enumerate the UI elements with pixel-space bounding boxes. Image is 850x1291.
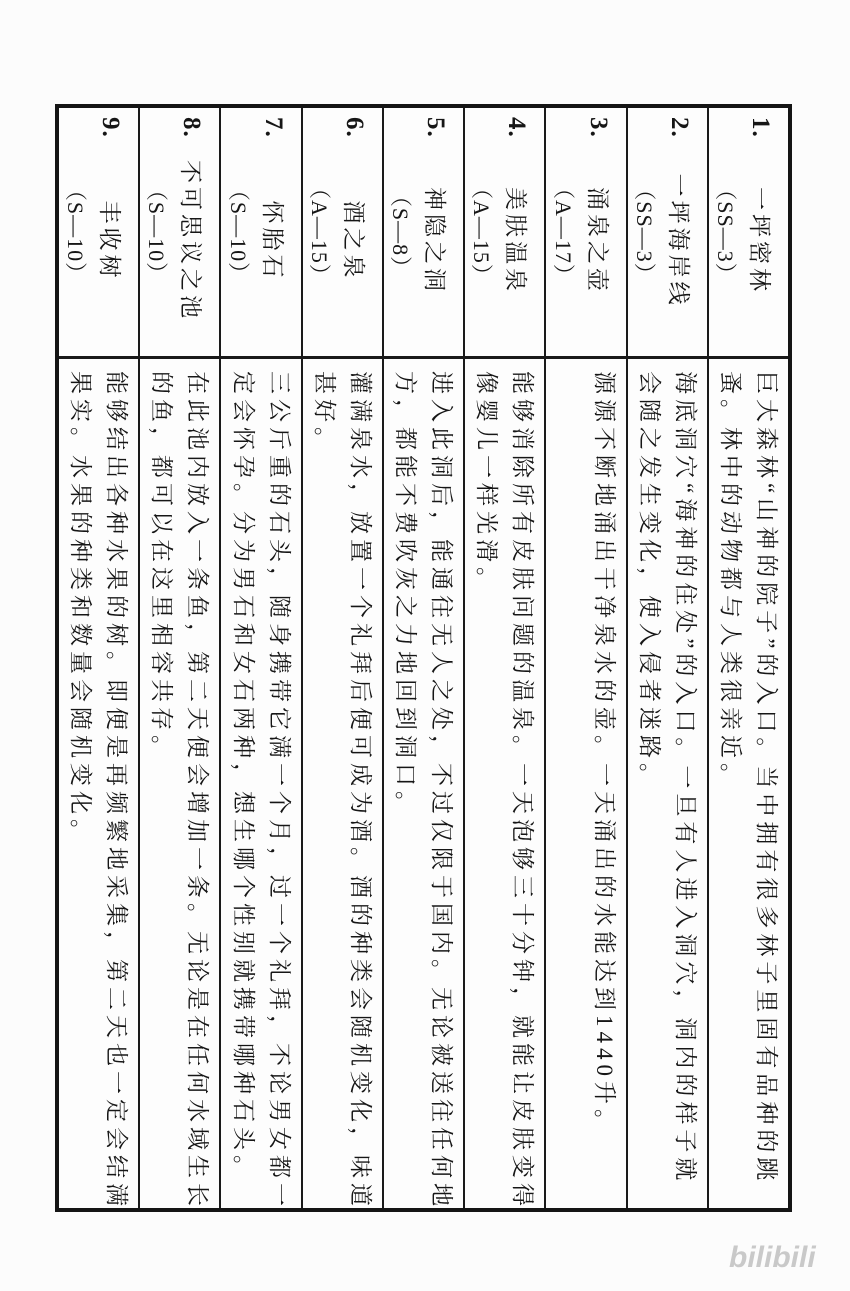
table-row: 7.怀胎石（S—10）三公斤重的石头，随身携带它满一个月，过一个礼拜，不论男女都… [221, 108, 302, 1208]
name-cell: 7.怀胎石（S—10） [221, 108, 300, 359]
location-code: （S—10） [140, 108, 173, 356]
table-row: 4.美肤温泉（A—15）能够消除所有皮肤问题的温泉。一天泡够三十分钟，就能让皮肤… [465, 108, 546, 1208]
description-line: 能够结出各种水果的树。即便是再频繁地采集，第二天也一定会结满 [98, 371, 134, 1202]
description-line: 的鱼，都可以在这里相容共存。 [143, 371, 179, 1202]
description-line: 灌满泉水，放置一个礼拜后便可成为酒。酒的种类会随机变化，味道 [342, 371, 378, 1202]
description-cell: 能够消除所有皮肤问题的温泉。一天泡够三十分钟，就能让皮肤变得像婴儿一样光滑。 [465, 359, 544, 1208]
location-code: （S—10） [221, 108, 254, 356]
description-line: 源源不断地涌出干净泉水的壶。一天涌出的水能达到1440升。 [586, 371, 622, 1202]
description-cell: 进入此洞后，能通往无人之处，不过仅限于国内。无论被送往任何地方，都能不费吹灰之力… [384, 359, 463, 1208]
location-name: 美肤温泉 [498, 108, 532, 356]
row-number: 1. [746, 117, 774, 138]
bilibili-logo: bilibili [729, 1237, 839, 1279]
table-row: 5.神隐之洞（S—8）进入此洞后，能通往无人之处，不过仅限于国内。无论被送往任何… [384, 108, 465, 1208]
location-name: 酒之泉 [336, 108, 370, 356]
location-name: 不可思议之池 [173, 108, 207, 356]
location-name: 涌泉之壶 [580, 108, 614, 356]
location-name: 一坪海岸线 [661, 108, 695, 356]
table-row: 8.不可思议之池（S—10）在此池内放入一条鱼，第二天便会增加一条。无论是在任何… [140, 108, 221, 1208]
row-number: 9. [96, 117, 124, 138]
description-cell: 灌满泉水，放置一个礼拜后便可成为酒。酒的种类会随机变化，味道甚好。 [303, 359, 382, 1208]
description-line: 能够消除所有皮肤问题的温泉。一天泡够三十分钟，就能让皮肤变得 [504, 371, 540, 1202]
locations-table: 1.一坪密林（SS—3）巨大森林“山神的院子”的入口。当中拥有很多林子里固有品种… [55, 104, 792, 1212]
row-number: 8. [177, 117, 205, 138]
description-line: 方，都能不费吹灰之力地回到洞口。 [387, 371, 423, 1202]
location-name: 神隐之洞 [417, 108, 451, 356]
description-line: 定会怀孕。分为男石和女石两种，想生哪个性别就携带哪种石头。 [225, 371, 261, 1202]
row-number: 5. [421, 117, 449, 138]
name-cell: 4.美肤温泉（A—15） [465, 108, 544, 359]
location-name: 怀胎石 [255, 108, 289, 356]
table-row: 6.酒之泉（A—15）灌满泉水，放置一个礼拜后便可成为酒。酒的种类会随机变化，味… [303, 108, 384, 1208]
row-number: 6. [340, 117, 368, 138]
table-row: 2.一坪海岸线（SS—3）海底洞穴“海神的住处”的入口。一旦有人进入洞穴，洞内的… [628, 108, 709, 1208]
name-cell: 3.涌泉之壶（A—17） [546, 108, 625, 359]
description-line: 甚好。 [306, 371, 342, 1202]
row-number: 7. [259, 117, 287, 138]
description-cell: 三公斤重的石头，随身携带它满一个月，过一个礼拜，不论男女都一定会怀孕。分为男石和… [221, 359, 300, 1208]
description-cell: 海底洞穴“海神的住处”的入口。一旦有人进入洞穴，洞内的样子就会随之发生变化，使入… [628, 359, 707, 1208]
description-line: 像婴儿一样光滑。 [468, 371, 504, 1202]
name-cell: 9.丰收树（S—10） [59, 108, 138, 359]
description-line: 果实。水果的种类和数量会随机变化。 [62, 371, 98, 1202]
row-number: 2. [665, 117, 693, 138]
location-code: （A—15） [303, 108, 336, 356]
table-row: 9.丰收树（S—10）能够结出各种水果的树。即便是再频繁地采集，第二天也一定会结… [59, 108, 140, 1208]
description-line: 会随之发生变化，使入侵者迷路。 [631, 371, 667, 1202]
name-cell: 6.酒之泉（A—15） [303, 108, 382, 359]
location-code: （A—17） [546, 108, 579, 356]
location-code: （SS—3） [628, 108, 661, 356]
location-name: 丰收树 [92, 108, 126, 356]
description-cell: 在此池内放入一条鱼，第二天便会增加一条。无论是在任何水域生长的鱼，都可以在这里相… [140, 359, 219, 1208]
name-cell: 2.一坪海岸线（SS—3） [628, 108, 707, 359]
scanned-page: 1.一坪密林（SS—3）巨大森林“山神的院子”的入口。当中拥有很多林子里固有品种… [0, 0, 850, 1291]
location-code: （S—10） [59, 108, 92, 356]
description-cell: 巨大森林“山神的院子”的入口。当中拥有很多林子里固有品种的跳蚤。林中的动物都与人… [709, 359, 788, 1208]
description-line: 蚤。林中的动物都与人类很亲近。 [712, 371, 748, 1202]
name-cell: 1.一坪密林（SS—3） [709, 108, 788, 359]
description-cell: 源源不断地涌出干净泉水的壶。一天涌出的水能达到1440升。 [546, 359, 625, 1208]
description-line: 三公斤重的石头，随身携带它满一个月，过一个礼拜，不论男女都一 [261, 371, 297, 1202]
location-code: （S—8） [384, 108, 417, 356]
description-line: 巨大森林“山神的院子”的入口。当中拥有很多林子里固有品种的跳 [748, 371, 784, 1202]
table-row: 3.涌泉之壶（A—17）源源不断地涌出干净泉水的壶。一天涌出的水能达到1440升… [546, 108, 627, 1208]
location-code: （SS—3） [709, 108, 742, 356]
description-cell: 能够结出各种水果的树。即便是再频繁地采集，第二天也一定会结满果实。水果的种类和数… [59, 359, 138, 1208]
name-cell: 5.神隐之洞（S—8） [384, 108, 463, 359]
description-line: 海底洞穴“海神的住处”的入口。一旦有人进入洞穴，洞内的样子就 [667, 371, 703, 1202]
table-row: 1.一坪密林（SS—3）巨大森林“山神的院子”的入口。当中拥有很多林子里固有品种… [709, 108, 788, 1208]
row-number: 3. [584, 117, 612, 138]
description-line: 进入此洞后，能通往无人之处，不过仅限于国内。无论被送往任何地 [423, 371, 459, 1202]
description-line: 在此池内放入一条鱼，第二天便会增加一条。无论是在任何水域生长 [179, 371, 215, 1202]
location-name: 一坪密林 [742, 108, 776, 356]
row-number: 4. [502, 117, 530, 138]
name-cell: 8.不可思议之池（S—10） [140, 108, 219, 359]
location-code: （A—15） [465, 108, 498, 356]
